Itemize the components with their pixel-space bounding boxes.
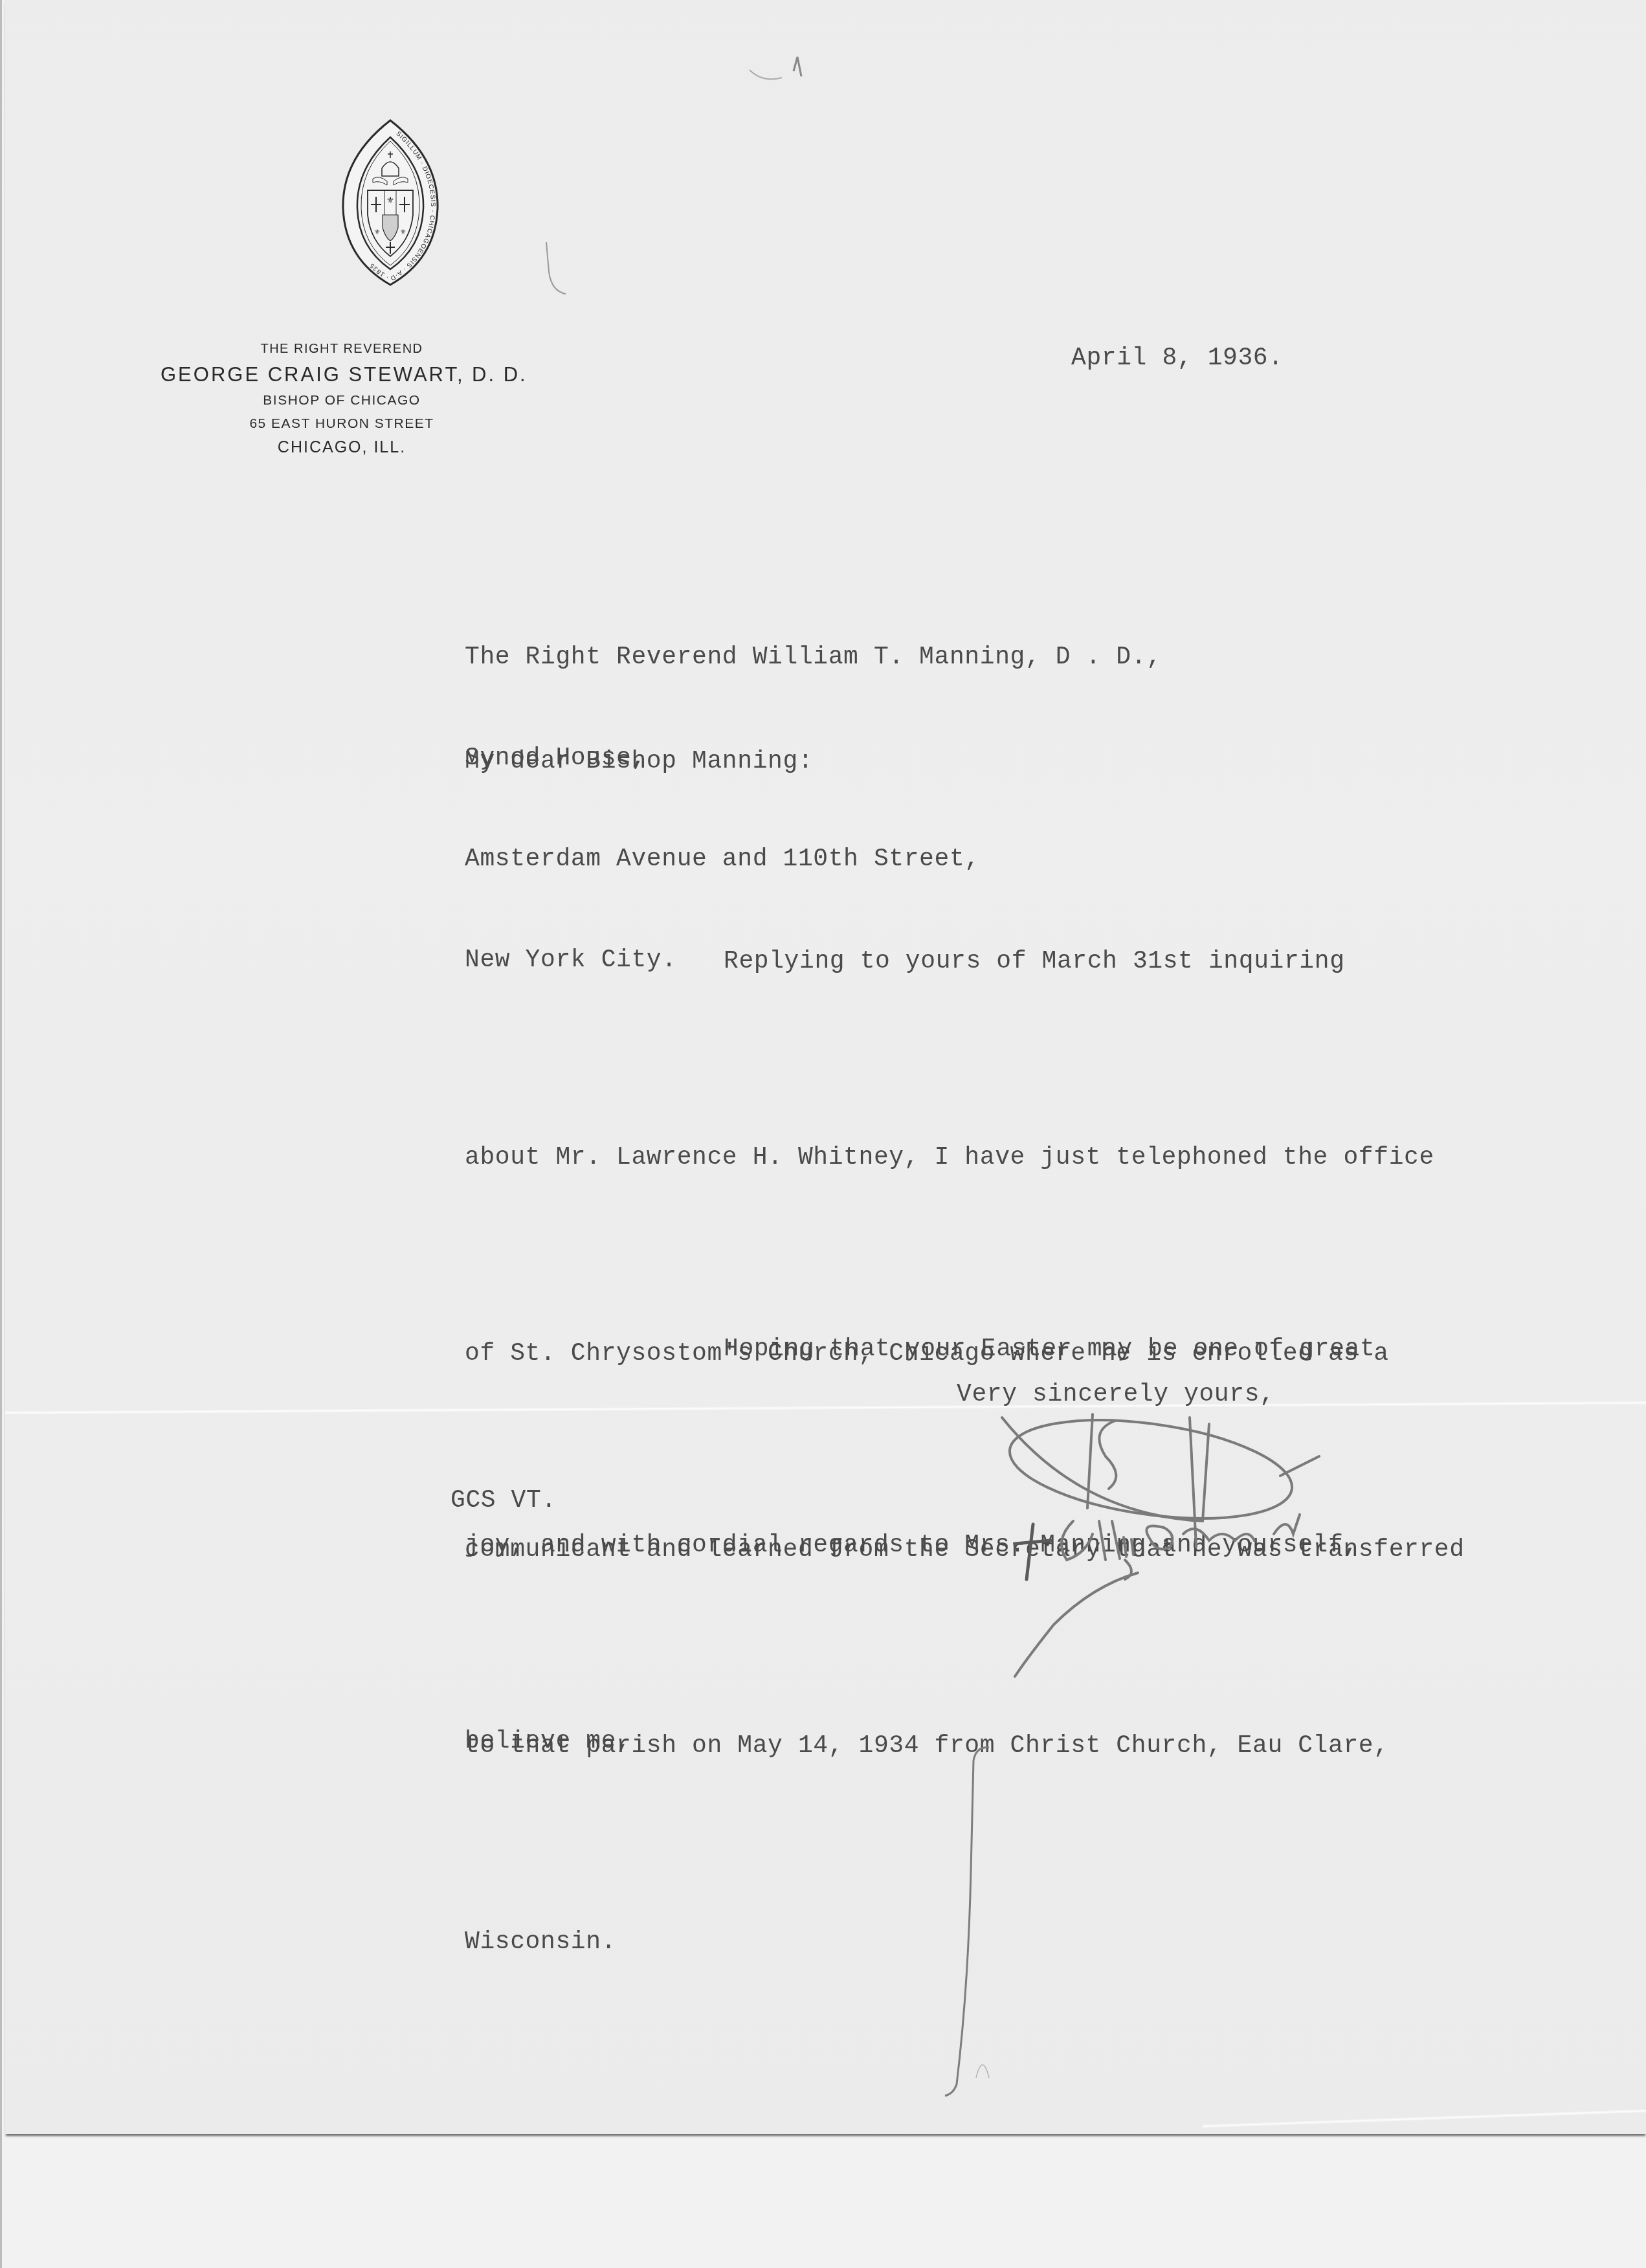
svg-text:⚜: ⚜ xyxy=(386,195,395,206)
body-line: Replying to yours of March 31st inquirin… xyxy=(465,929,1465,994)
paper-tear-edge xyxy=(1203,2109,1646,2128)
letter-date: April 8, 1936. xyxy=(1071,344,1284,372)
reference-initials: GCS VT. xyxy=(450,1487,557,1515)
letterhead-name: GEORGE CRAIG STEWART, D. D. xyxy=(161,363,523,386)
address-line: The Right Reverend William T. Manning, D… xyxy=(465,641,1162,674)
pencil-stroke-mark xyxy=(542,239,568,298)
svg-text:⚜: ⚜ xyxy=(400,228,406,236)
letterhead-title: THE RIGHT REVEREND xyxy=(161,342,523,357)
letterhead: THE RIGHT REVEREND GEORGE CRAIG STEWART,… xyxy=(161,342,523,457)
svg-text:⚜: ⚜ xyxy=(374,228,381,236)
letter-page: SIGILLUM · DIOECESIS · CHICAGOENSIS · A·… xyxy=(5,0,1646,2134)
body-line: Hoping that your Easter may be one of gr… xyxy=(465,1317,1375,1382)
handwritten-signature xyxy=(976,1392,1429,1689)
salutation: My dear Bishop Manning: xyxy=(465,748,813,775)
letterhead-street: 65 EAST HURON STREET xyxy=(161,416,523,432)
diocese-seal-logo: SIGILLUM · DIOECESIS · CHICAGOENSIS · A·… xyxy=(342,118,439,286)
letterhead-office: BISHOP OF CHICAGO xyxy=(161,393,523,408)
body-line: believe me, xyxy=(465,1709,1375,1774)
letterhead-city: CHICAGO, ILL. xyxy=(161,438,523,457)
pencil-smudge-mark xyxy=(743,45,821,84)
scanner-edge xyxy=(0,0,2,2268)
body-line: about Mr. Lawrence H. Whitney, I have ju… xyxy=(465,1125,1465,1190)
pencil-line-mark xyxy=(937,1741,1015,2117)
